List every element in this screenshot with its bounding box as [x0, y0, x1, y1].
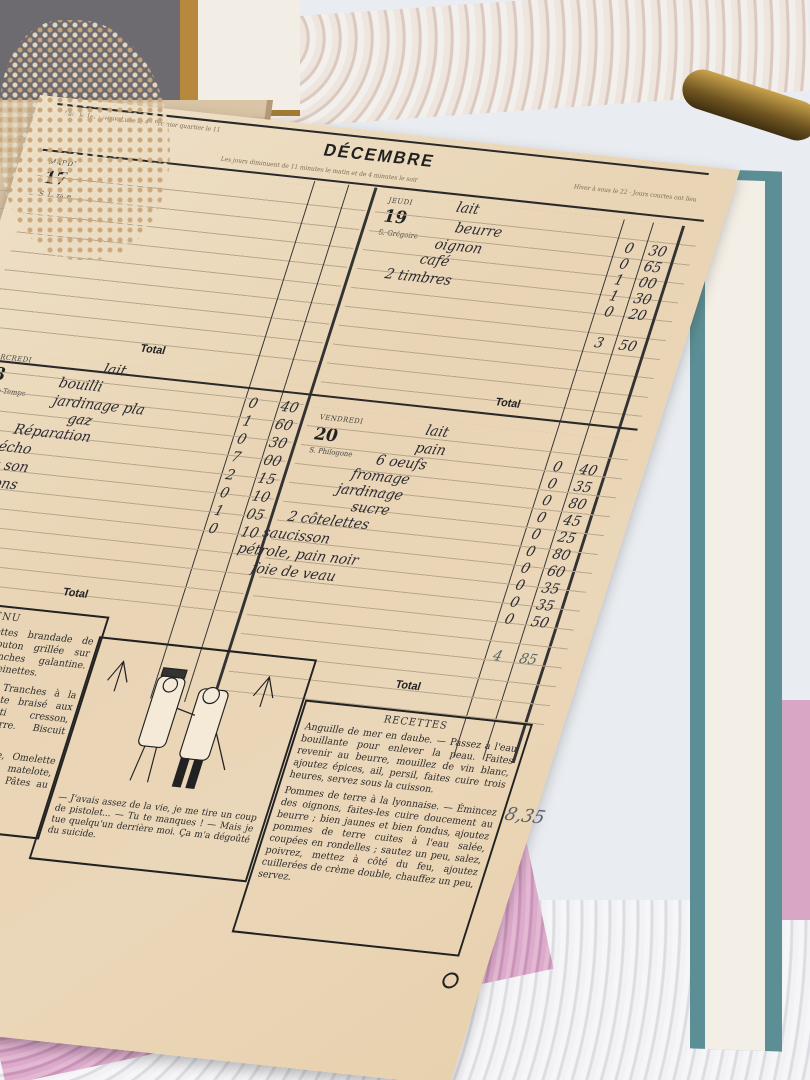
total-label: Total [61, 586, 90, 601]
pencil-note: 8,35 [502, 804, 548, 829]
cartoon-illustration-icon [53, 638, 314, 810]
recipe-paragraph: Pommes de terre à la lyonnaise. — Émince… [250, 784, 504, 904]
entry-item: café [418, 251, 452, 270]
header-note-right: Hiver à sous le 22 · Jours courtes ont l… [573, 183, 702, 204]
total-label: Total [494, 396, 523, 411]
entry-item: écho [0, 438, 34, 457]
scroll-ornament-icon [440, 972, 461, 990]
total-label: Total [139, 343, 168, 358]
page-edge [705, 179, 765, 1051]
total-label: Total [394, 679, 423, 694]
pink-ribbon-right [780, 700, 810, 920]
